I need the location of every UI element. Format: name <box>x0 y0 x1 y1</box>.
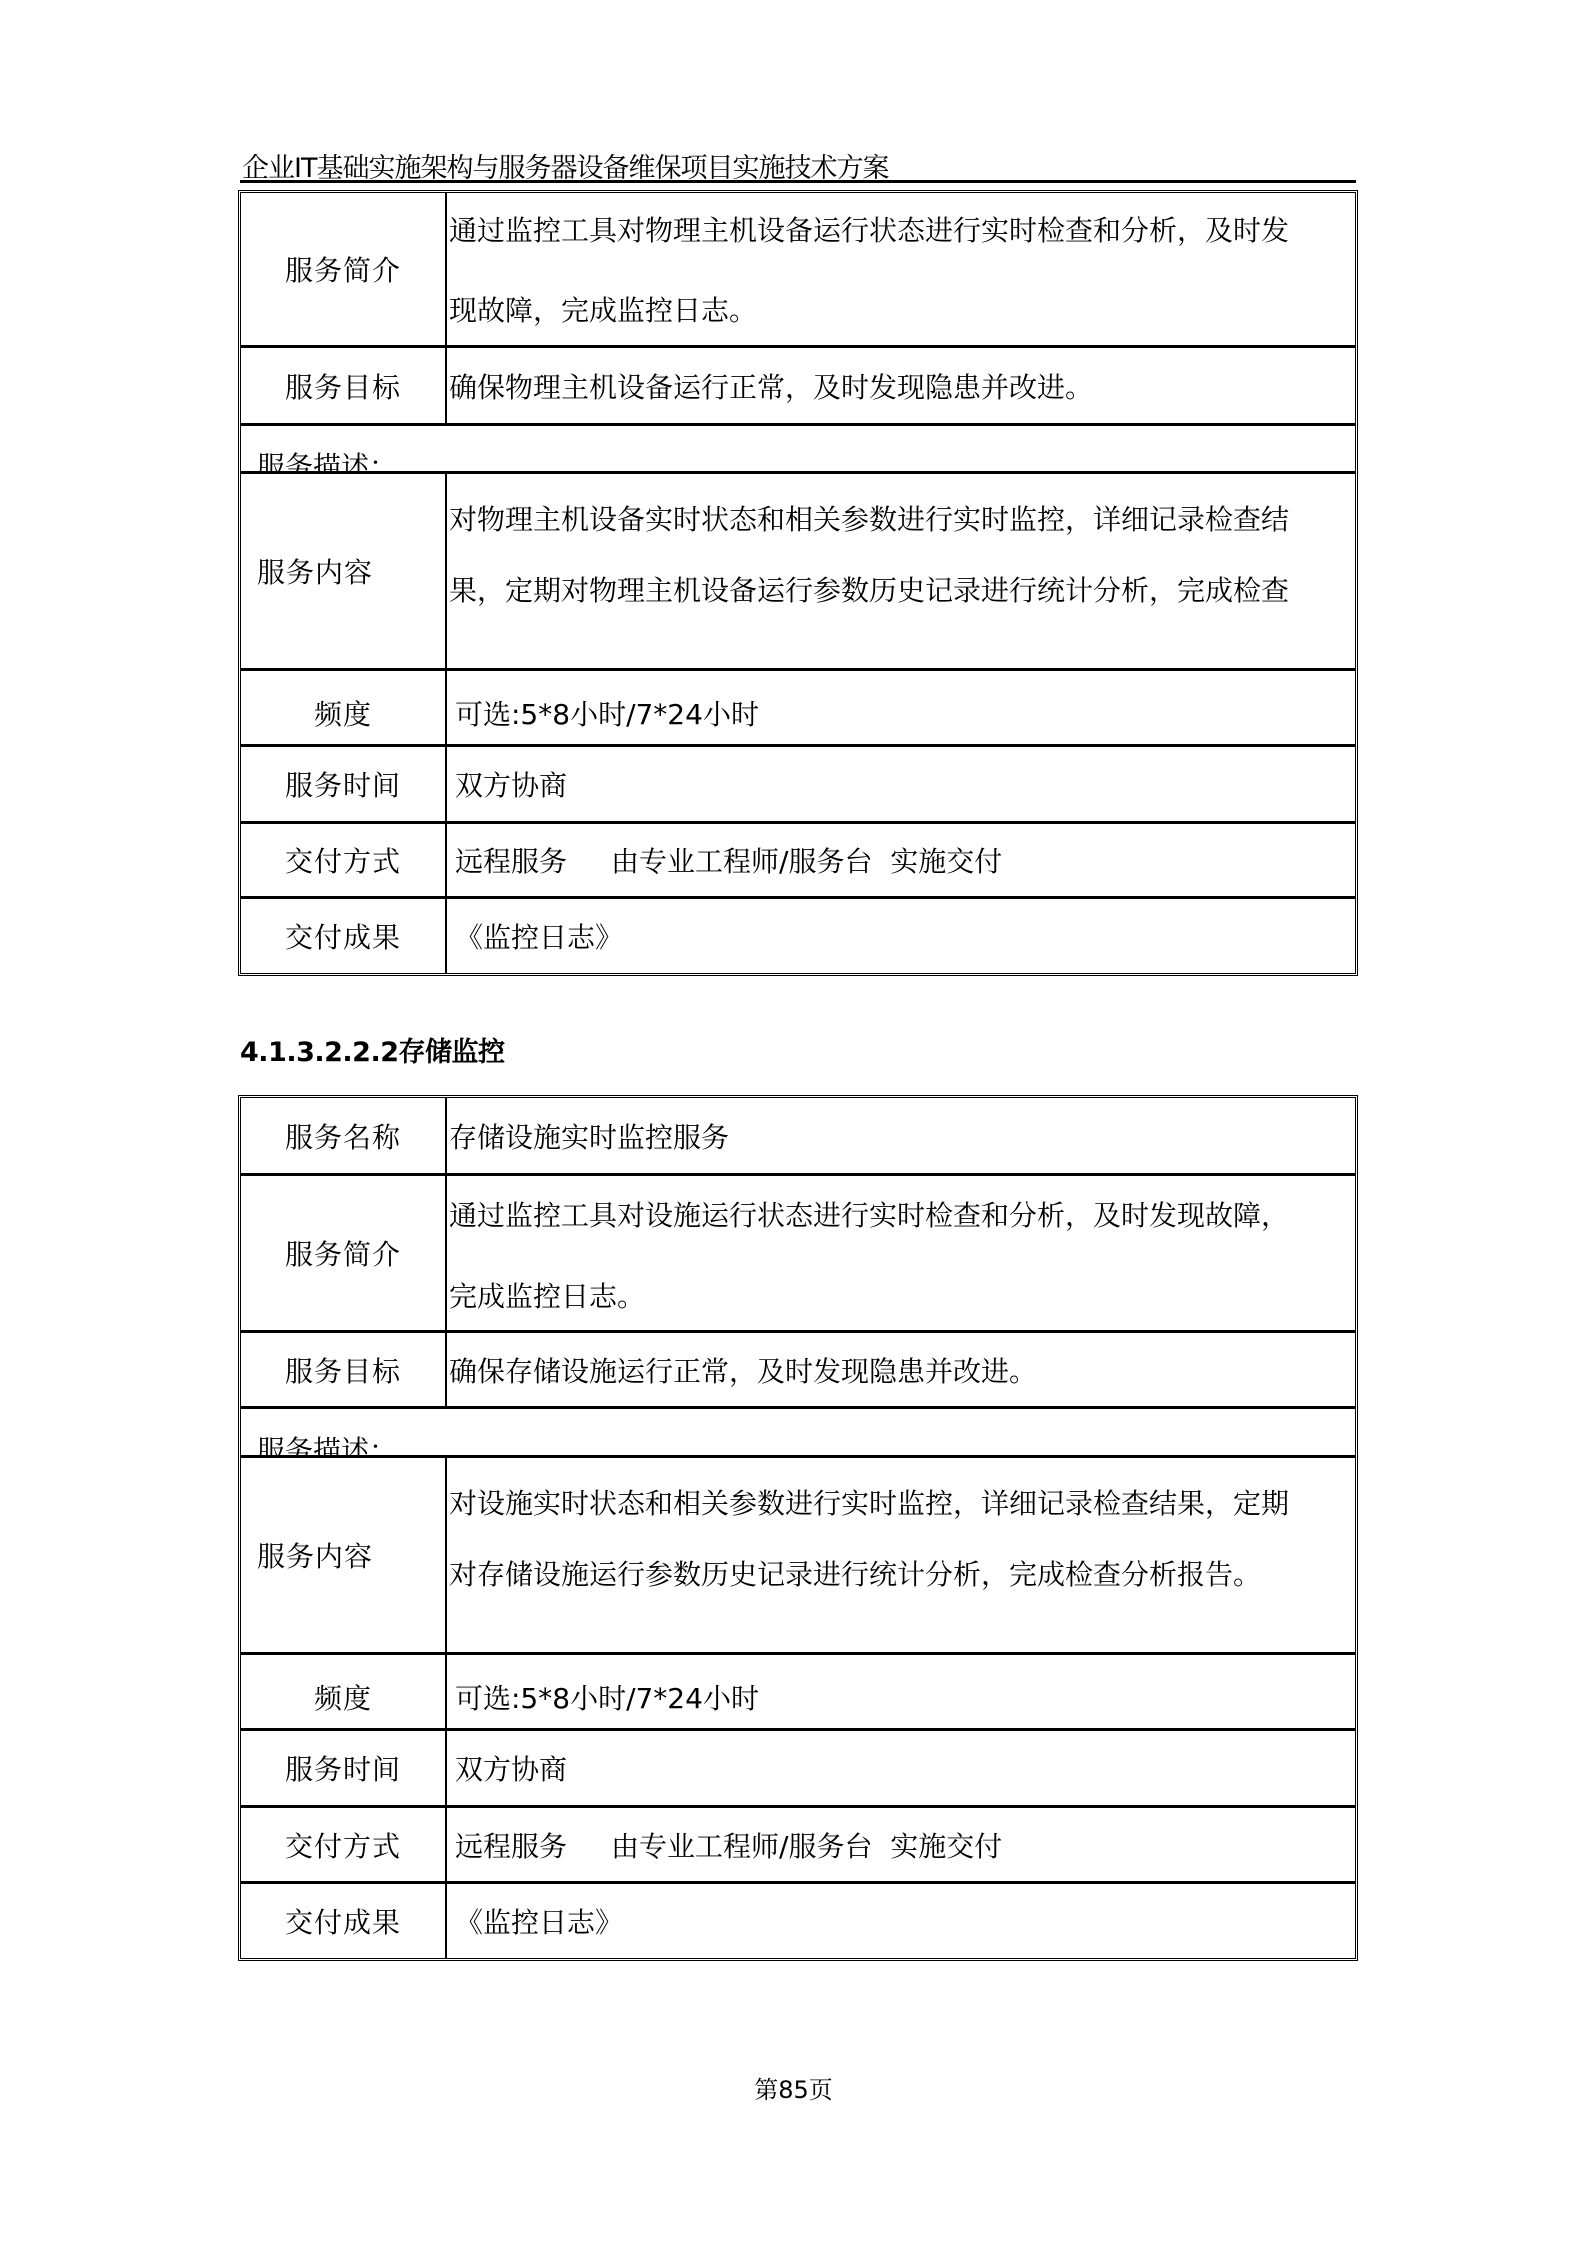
row-value: 远程服务由专业工程师/服务台 实施交付 <box>447 824 1355 896</box>
row-value-line: 对设施实时状态和相关参数进行实时监控，详细记录检查结果，定期 <box>449 1458 1355 1542</box>
row-label: 服务目标 <box>241 1333 447 1406</box>
table-row-service-goal: 服务目标 确保物理主机设备运行正常，及时发现隐患并改进。 <box>241 345 1355 423</box>
row-label: 交付方式 <box>241 1808 447 1881</box>
row-label: 服务时间 <box>241 747 447 821</box>
table-row-deliverable: 交付成果 《监控日志》 <box>241 1881 1355 1958</box>
page-number: 第85页 <box>0 2070 1587 2105</box>
table-row-service-description: 服务描述： <box>241 423 1355 471</box>
row-label: 服务简介 <box>241 1176 447 1330</box>
table-row-service-intro: 服务简介 通过监控工具对物理主机设备运行状态进行实时检查和分析，及时发 现故障，… <box>241 193 1355 345</box>
table-row-service-description: 服务描述： <box>241 1406 1355 1455</box>
row-value-line: 完成监控日志。 <box>449 1254 1355 1330</box>
table-row-deliverable: 交付成果 《监控日志》 <box>241 896 1355 973</box>
row-value: 远程服务由专业工程师/服务台 实施交付 <box>447 1808 1355 1881</box>
table-row-service-content: 服务内容 对物理主机设备实时状态和相关参数进行实时监控，详细记录检查结 果，定期… <box>241 471 1355 668</box>
row-value: 通过监控工具对物理主机设备运行状态进行实时检查和分析，及时发 现故障，完成监控日… <box>447 193 1355 345</box>
table-row-delivery-method: 交付方式 远程服务由专业工程师/服务台 实施交付 <box>241 1805 1355 1881</box>
row-label: 服务内容 <box>241 474 447 668</box>
row-value-line: 通过监控工具对设施运行状态进行实时检查和分析，及时发现故障， <box>449 1176 1355 1254</box>
row-label: 服务内容 <box>241 1458 447 1652</box>
row-value: 可选:5*8小时/7*24小时 <box>447 671 1355 744</box>
table-row-service-intro: 服务简介 通过监控工具对设施运行状态进行实时检查和分析，及时发现故障， 完成监控… <box>241 1173 1355 1330</box>
delivery-detail: 由专业工程师/服务台 实施交付 <box>611 840 1002 880</box>
row-value: 双方协商 <box>447 747 1355 821</box>
table-row-frequency: 频度 可选:5*8小时/7*24小时 <box>241 668 1355 744</box>
row-value-line: 果，定期对物理主机设备运行参数历史记录进行统计分析，完成检查 <box>449 558 1355 642</box>
row-label: 交付方式 <box>241 824 447 896</box>
storage-monitoring-table: 服务名称 存储设施实时监控服务 服务简介 通过监控工具对设施运行状态进行实时检查… <box>238 1095 1358 1961</box>
row-value: 存储设施实时监控服务 <box>447 1098 1355 1173</box>
section-heading: 4.1.3.2.2.2存储监控 <box>240 1030 505 1069</box>
row-value: 对物理主机设备实时状态和相关参数进行实时监控，详细记录检查结 果，定期对物理主机… <box>447 474 1355 668</box>
table-row-service-time: 服务时间 双方协商 <box>241 744 1355 821</box>
host-monitoring-table: 服务简介 通过监控工具对物理主机设备运行状态进行实时检查和分析，及时发 现故障，… <box>238 190 1358 976</box>
delivery-detail: 由专业工程师/服务台 实施交付 <box>611 1825 1002 1865</box>
row-value: 可选:5*8小时/7*24小时 <box>447 1655 1355 1728</box>
row-value: 通过监控工具对设施运行状态进行实时检查和分析，及时发现故障， 完成监控日志。 <box>447 1176 1355 1330</box>
row-value: 《监控日志》 <box>447 1884 1355 1958</box>
table-row-service-name: 服务名称 存储设施实时监控服务 <box>241 1098 1355 1173</box>
row-label: 频度 <box>241 671 447 744</box>
header-underline <box>240 180 1356 183</box>
delivery-mode: 远程服务 <box>455 1825 567 1865</box>
row-label: 服务简介 <box>241 193 447 345</box>
row-label: 频度 <box>241 1655 447 1728</box>
table-row-service-content: 服务内容 对设施实时状态和相关参数进行实时监控，详细记录检查结果，定期 对存储设… <box>241 1455 1355 1652</box>
row-value: 确保物理主机设备运行正常，及时发现隐患并改进。 <box>447 348 1355 423</box>
row-value: 确保存储设施运行正常，及时发现隐患并改进。 <box>447 1333 1355 1406</box>
table-row-service-time: 服务时间 双方协商 <box>241 1728 1355 1805</box>
delivery-mode: 远程服务 <box>455 840 567 880</box>
row-value-line: 现故障，完成监控日志。 <box>449 271 1355 341</box>
row-value: 《监控日志》 <box>447 899 1355 973</box>
table-row-frequency: 频度 可选:5*8小时/7*24小时 <box>241 1652 1355 1728</box>
row-label: 服务时间 <box>241 1731 447 1805</box>
row-label: 交付成果 <box>241 899 447 973</box>
row-label: 服务目标 <box>241 348 447 423</box>
row-value: 对设施实时状态和相关参数进行实时监控，详细记录检查结果，定期 对存储设施运行参数… <box>447 1458 1355 1652</box>
row-label: 服务名称 <box>241 1098 447 1173</box>
description-label: 服务描述： <box>241 426 397 471</box>
row-value: 双方协商 <box>447 1731 1355 1805</box>
table-row-delivery-method: 交付方式 远程服务由专业工程师/服务台 实施交付 <box>241 821 1355 896</box>
row-value-line: 通过监控工具对物理主机设备运行状态进行实时检查和分析，及时发 <box>449 193 1355 271</box>
row-value-line: 对存储设施运行参数历史记录进行统计分析，完成检查分析报告。 <box>449 1542 1355 1626</box>
row-value-line: 对物理主机设备实时状态和相关参数进行实时监控，详细记录检查结 <box>449 474 1355 558</box>
row-label: 交付成果 <box>241 1884 447 1958</box>
description-label: 服务描述： <box>241 1409 397 1455</box>
table-row-service-goal: 服务目标 确保存储设施运行正常，及时发现隐患并改进。 <box>241 1330 1355 1406</box>
